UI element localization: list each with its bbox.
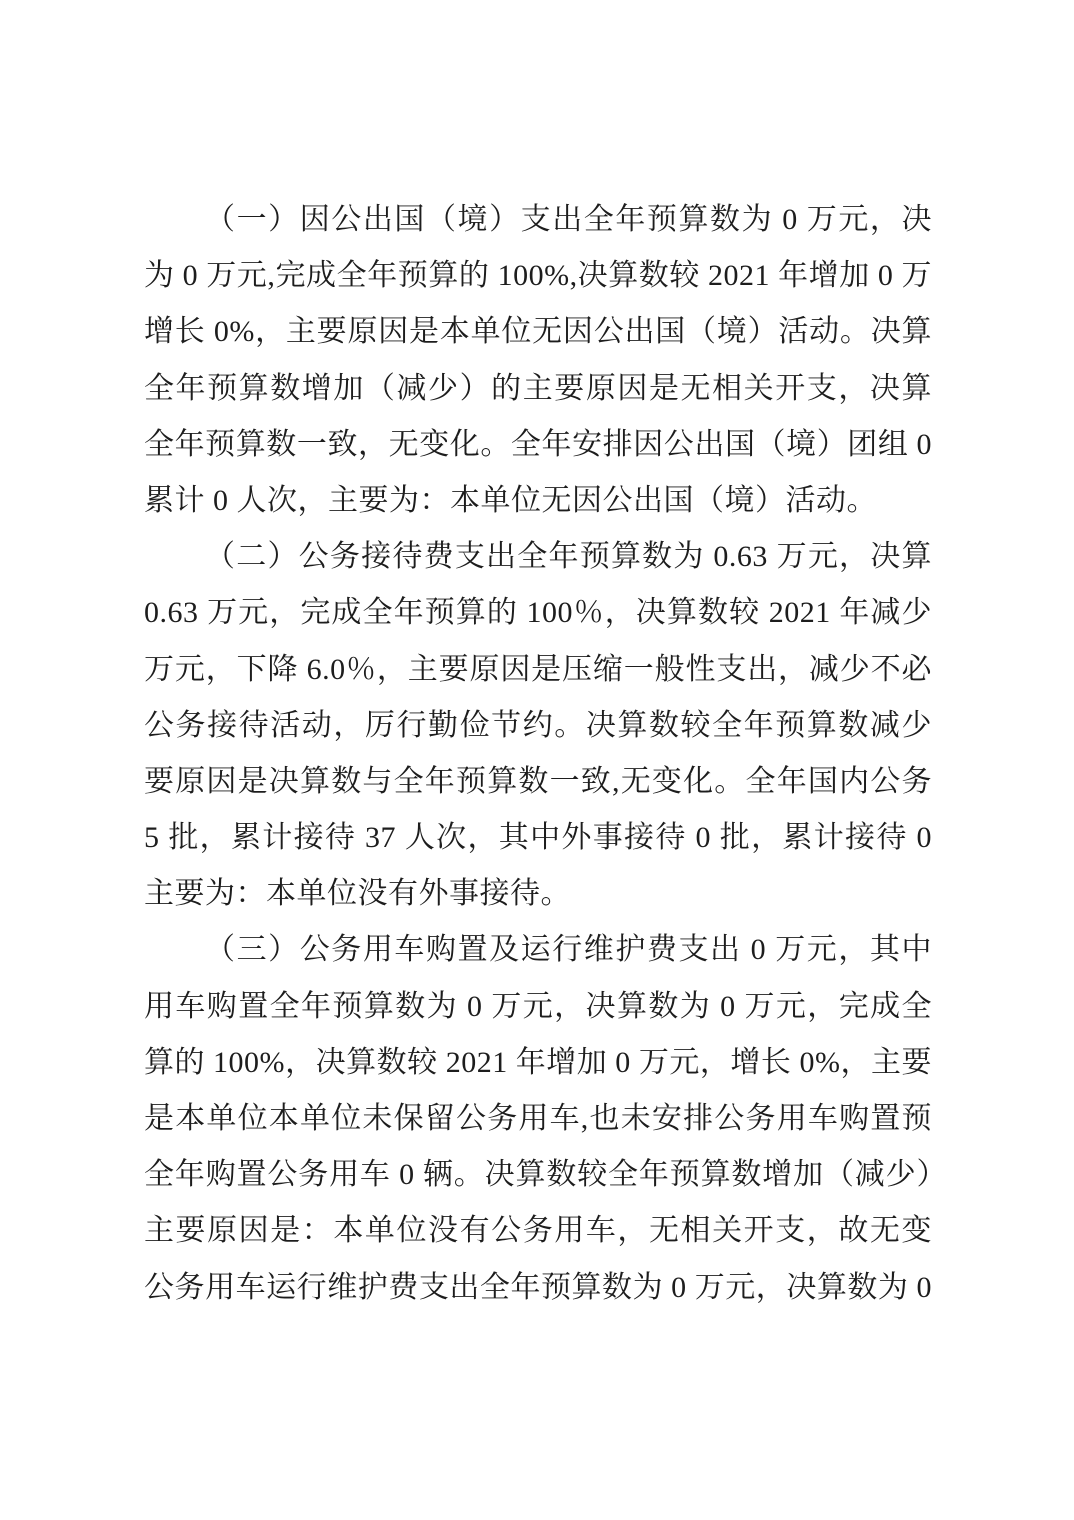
paragraph-1-line-5: 全年预算数一致，无变化。全年安排因公出国（境）团组 0 个， (144, 417, 932, 473)
document-page: （一）因公出国（境）支出全年预算数为 0 万元，决算数为 0 万元,完成全年预算… (0, 0, 1074, 1520)
paragraph-1-line-1: （一）因公出国（境）支出全年预算数为 0 万元，决算数 (144, 192, 932, 248)
paragraph-3-line-7: 公务用车运行维护费支出全年预算数为 0 万元，决算数为 0 万 (144, 1260, 932, 1316)
paragraph-3-line-6: 主要原因是：本单位没有公务用车，无相关开支，故无变化； (144, 1203, 932, 1259)
paragraph-2-line-4: 公务接待活动，厉行勤俭节约。决算数较全年预算数减少的主 (144, 698, 932, 754)
paragraph-3-line-2: 用车购置全年预算数为 0 万元，决算数为 0 万元，完成全年预 (144, 979, 932, 1035)
paragraph-2-line-6: 5 批，累计接待 37 人次，其中外事接待 0 批，累计接待 0 人次， (144, 810, 932, 866)
paragraph-1-line-2: 为 0 万元,完成全年预算的 100%,决算数较 2021 年增加 0 万元， (144, 248, 932, 304)
paragraph-1-line-6: 累计 0 人次，主要为：本单位无因公出国（境）活动。 (144, 473, 932, 529)
paragraph-2-line-2: 0.63 万元，完成全年预算的 100％，决算数较 2021 年减少 0.04 (144, 585, 932, 641)
paragraph-3-line-4: 是本单位本单位未保留公务用车,也未安排公务用车购置预算, (144, 1091, 932, 1147)
paragraph-3-line-3: 算的 100%，决算数较 2021 年增加 0 万元，增长 0%，主要原因 (144, 1035, 932, 1091)
paragraph-1-line-3: 增长 0%，主要原因是本单位无因公出国（境）活动。决算数较 (144, 304, 932, 360)
paragraph-2-line-7: 主要为：本单位没有外事接待。 (144, 866, 932, 922)
paragraph-2-line-3: 万元，下降 6.0％，主要原因是压缩一般性支出，减少不必要的 (144, 642, 932, 698)
paragraph-2-line-5: 要原因是决算数与全年预算数一致,无变化。全年国内公务接待 (144, 754, 932, 810)
paragraph-1-line-4: 全年预算数增加（减少）的主要原因是无相关开支，决算数与 (144, 361, 932, 417)
paragraph-2-line-1: （二）公务接待费支出全年预算数为 0.63 万元，决算数为 (144, 529, 932, 585)
paragraph-3-line-5: 全年购置公务用车 0 辆。决算数较全年预算数增加（减少）的 (144, 1147, 932, 1203)
document-body: （一）因公出国（境）支出全年预算数为 0 万元，决算数为 0 万元,完成全年预算… (144, 192, 932, 1316)
paragraph-3-line-1: （三）公务用车购置及运行维护费支出 0 万元，其中公务 (144, 922, 932, 978)
